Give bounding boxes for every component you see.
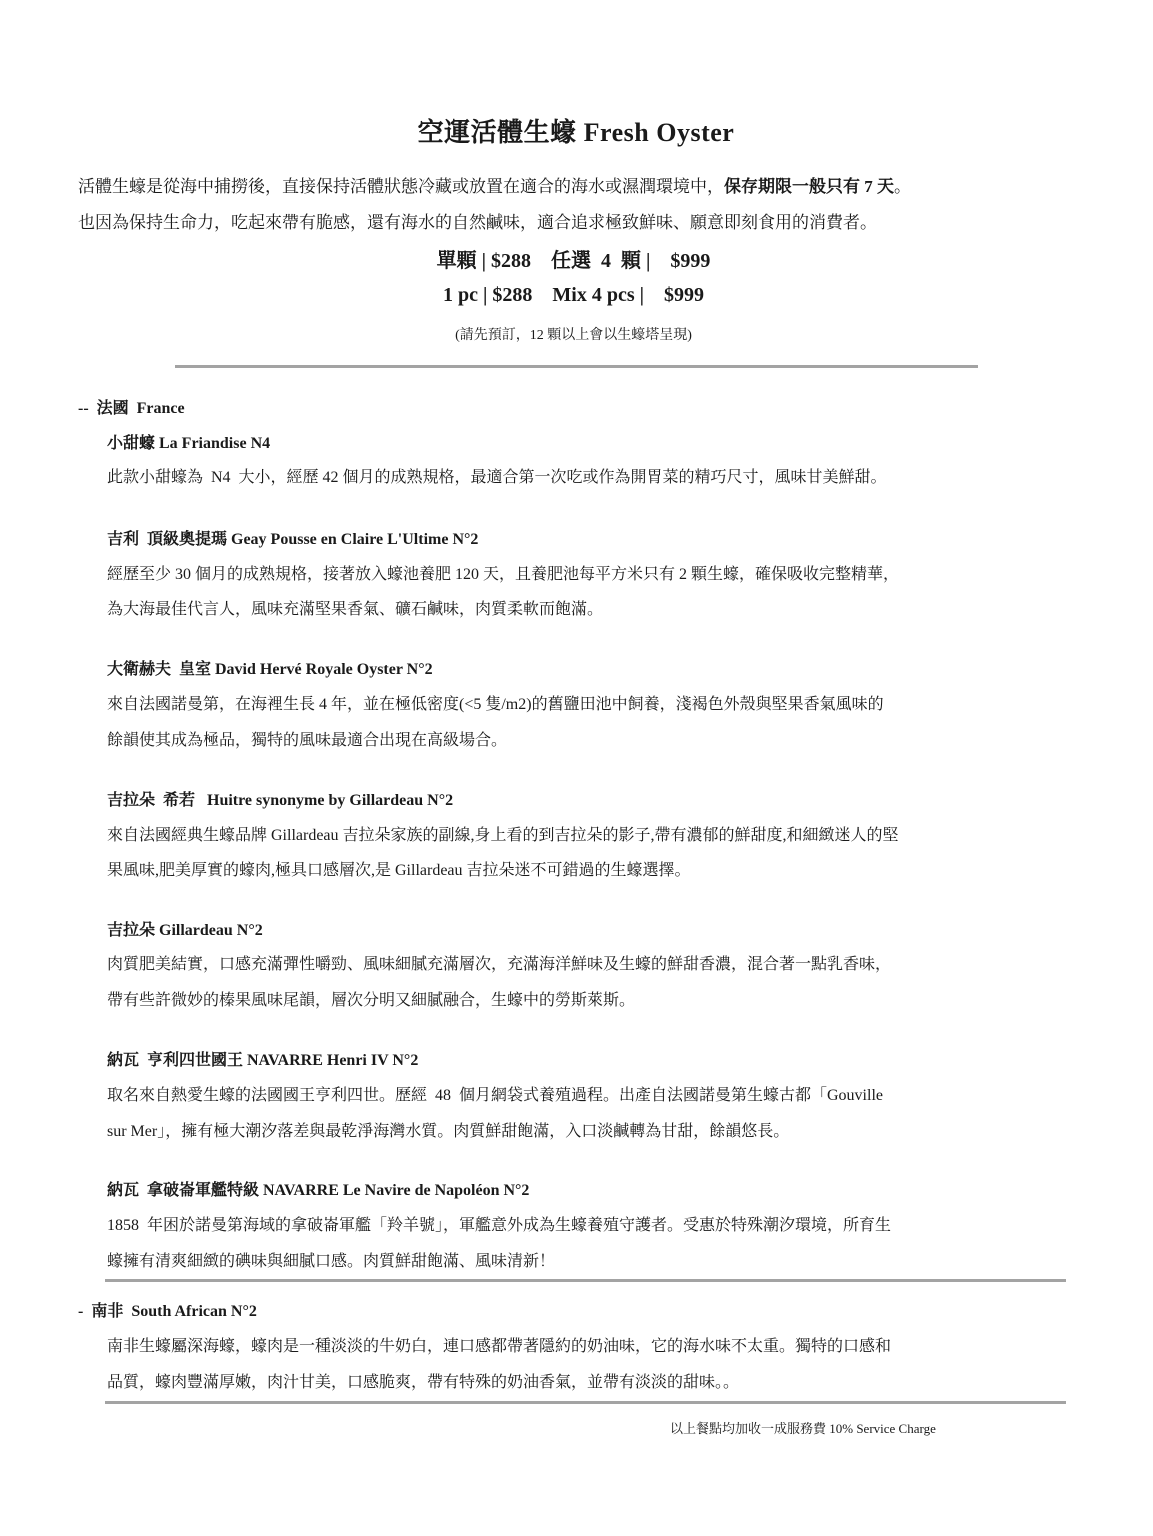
oyster-desc: 南非生蠔屬深海蠔，蠔肉是一種淡淡的牛奶白，連口感都帶著隱約的奶油味，它的海水味不… bbox=[107, 1333, 891, 1356]
oyster-desc: 來自法國經典生蠔品牌 Gillardeau 吉拉朵家族的副線,身上看的到吉拉朵的… bbox=[107, 822, 899, 845]
oyster-desc: 取名來自熱愛生蠔的法國國王亨利四世。歷經 48 個月網袋式養殖過程。出產自法國諾… bbox=[107, 1082, 883, 1105]
oyster-desc: 餘韻使其成為極品，獨特的風味最適合出現在高級場合。 bbox=[107, 727, 507, 750]
oyster-desc: 蠔擁有清爽細緻的碘味與細膩口感。肉質鮮甜飽滿、風味清新！ bbox=[107, 1248, 555, 1271]
oyster-name: 納瓦 拿破崙軍艦特級 NAVARRE Le Navire de Napoléon… bbox=[107, 1177, 529, 1200]
page-title: 空運活體生蠔 Fresh Oyster bbox=[0, 112, 1153, 149]
oyster-desc: 經歷至少 30 個月的成熟規格，接著放入蠔池養肥 120 天，且養肥池每平方米只… bbox=[107, 561, 899, 584]
intro-text: 活體生蠔是從海中捕撈後，直接保持活體狀態冷藏或放置在適合的海水或濕潤環境中， bbox=[78, 177, 724, 196]
oyster-desc: 肉質肥美結實，口感充滿彈性嚼勁、風味細膩充滿層次，充滿海洋鮮味及生蠔的鮮甜香濃，… bbox=[107, 951, 891, 974]
intro-line-1: 活體生蠔是從海中捕撈後，直接保持活體狀態冷藏或放置在適合的海水或濕潤環境中，保存… bbox=[78, 172, 911, 197]
intro-punct: 。 bbox=[894, 177, 911, 196]
oyster-desc: 帶有些許微妙的榛果風味尾韻，層次分明又細膩融合，生蠔中的勞斯萊斯。 bbox=[107, 987, 635, 1010]
price-line-zh: 單顆 | $288 任選 4 顆 | $999 bbox=[0, 244, 1150, 273]
shelf-life-highlight: 保存期限一般只有 7 天 bbox=[724, 177, 894, 196]
preorder-note: (請先預訂，12 顆以上會以生蠔塔呈現) bbox=[0, 324, 1150, 344]
intro-line-2: 也因為保持生命力，吃起來帶有脆感，還有海水的自然鹹味，適合追求極致鮮味、願意即刻… bbox=[78, 208, 877, 233]
oyster-desc: 為大海最佳代言人，風味充滿堅果香氣、礦石鹹味，肉質柔軟而飽滿。 bbox=[107, 596, 603, 619]
service-charge-note: 以上餐點均加收一成服務費 10% Service Charge bbox=[670, 1418, 936, 1437]
oyster-desc: 果風味,肥美厚實的蠔肉,極具口感層次,是 Gillardeau 吉拉朵迷不可錯過… bbox=[107, 857, 691, 880]
oyster-name: 小甜蠔 La Friandise N4 bbox=[107, 430, 270, 453]
oyster-name: 吉利 頂級奧提瑪 Geay Pousse en Claire L'Ultime … bbox=[107, 526, 478, 549]
oyster-name: 大衛赫夫 皇室 David Hervé Royale Oyster N°2 bbox=[107, 656, 433, 679]
oyster-desc: 1858 年困於諾曼第海域的拿破崙軍艦「羚羊號」，軍艦意外成為生蠔養殖守護者。受… bbox=[107, 1212, 891, 1235]
divider bbox=[105, 1401, 1066, 1404]
oyster-name: 吉拉朵 希若 Huitre synonyme by Gillardeau N°2 bbox=[107, 787, 453, 810]
oyster-name: 吉拉朵 Gillardeau N°2 bbox=[107, 917, 263, 940]
oyster-name: 納瓦 亨利四世國王 NAVARRE Henri IV N°2 bbox=[107, 1047, 418, 1070]
price-line-en: 1 pc | $288 Mix 4 pcs | $999 bbox=[0, 284, 1150, 307]
oyster-desc: 來自法國諾曼第，在海裡生長 4 年，並在極低密度(<5 隻/m2)的舊鹽田池中飼… bbox=[107, 691, 884, 714]
divider bbox=[105, 1279, 1066, 1282]
oyster-desc: sur Mer」，擁有極大潮汐落差與最乾淨海灣水質。肉質鮮甜飽滿，入口淡鹹轉為甘… bbox=[107, 1118, 789, 1141]
region-heading-south-africa: - 南非 South African N°2 bbox=[78, 1298, 257, 1321]
region-heading-france: -- 法國 France bbox=[78, 395, 185, 418]
oyster-desc: 此款小甜蠔為 N4 大小，經歷 42 個月的成熟規格，最適合第一次吃或作為開胃菜… bbox=[107, 464, 887, 487]
oyster-desc: 品質，蠔肉豐滿厚嫩，肉汁甘美，口感脆爽，帶有特殊的奶油香氣，並帶有淡淡的甜味。。 bbox=[107, 1369, 739, 1392]
divider bbox=[175, 365, 978, 368]
